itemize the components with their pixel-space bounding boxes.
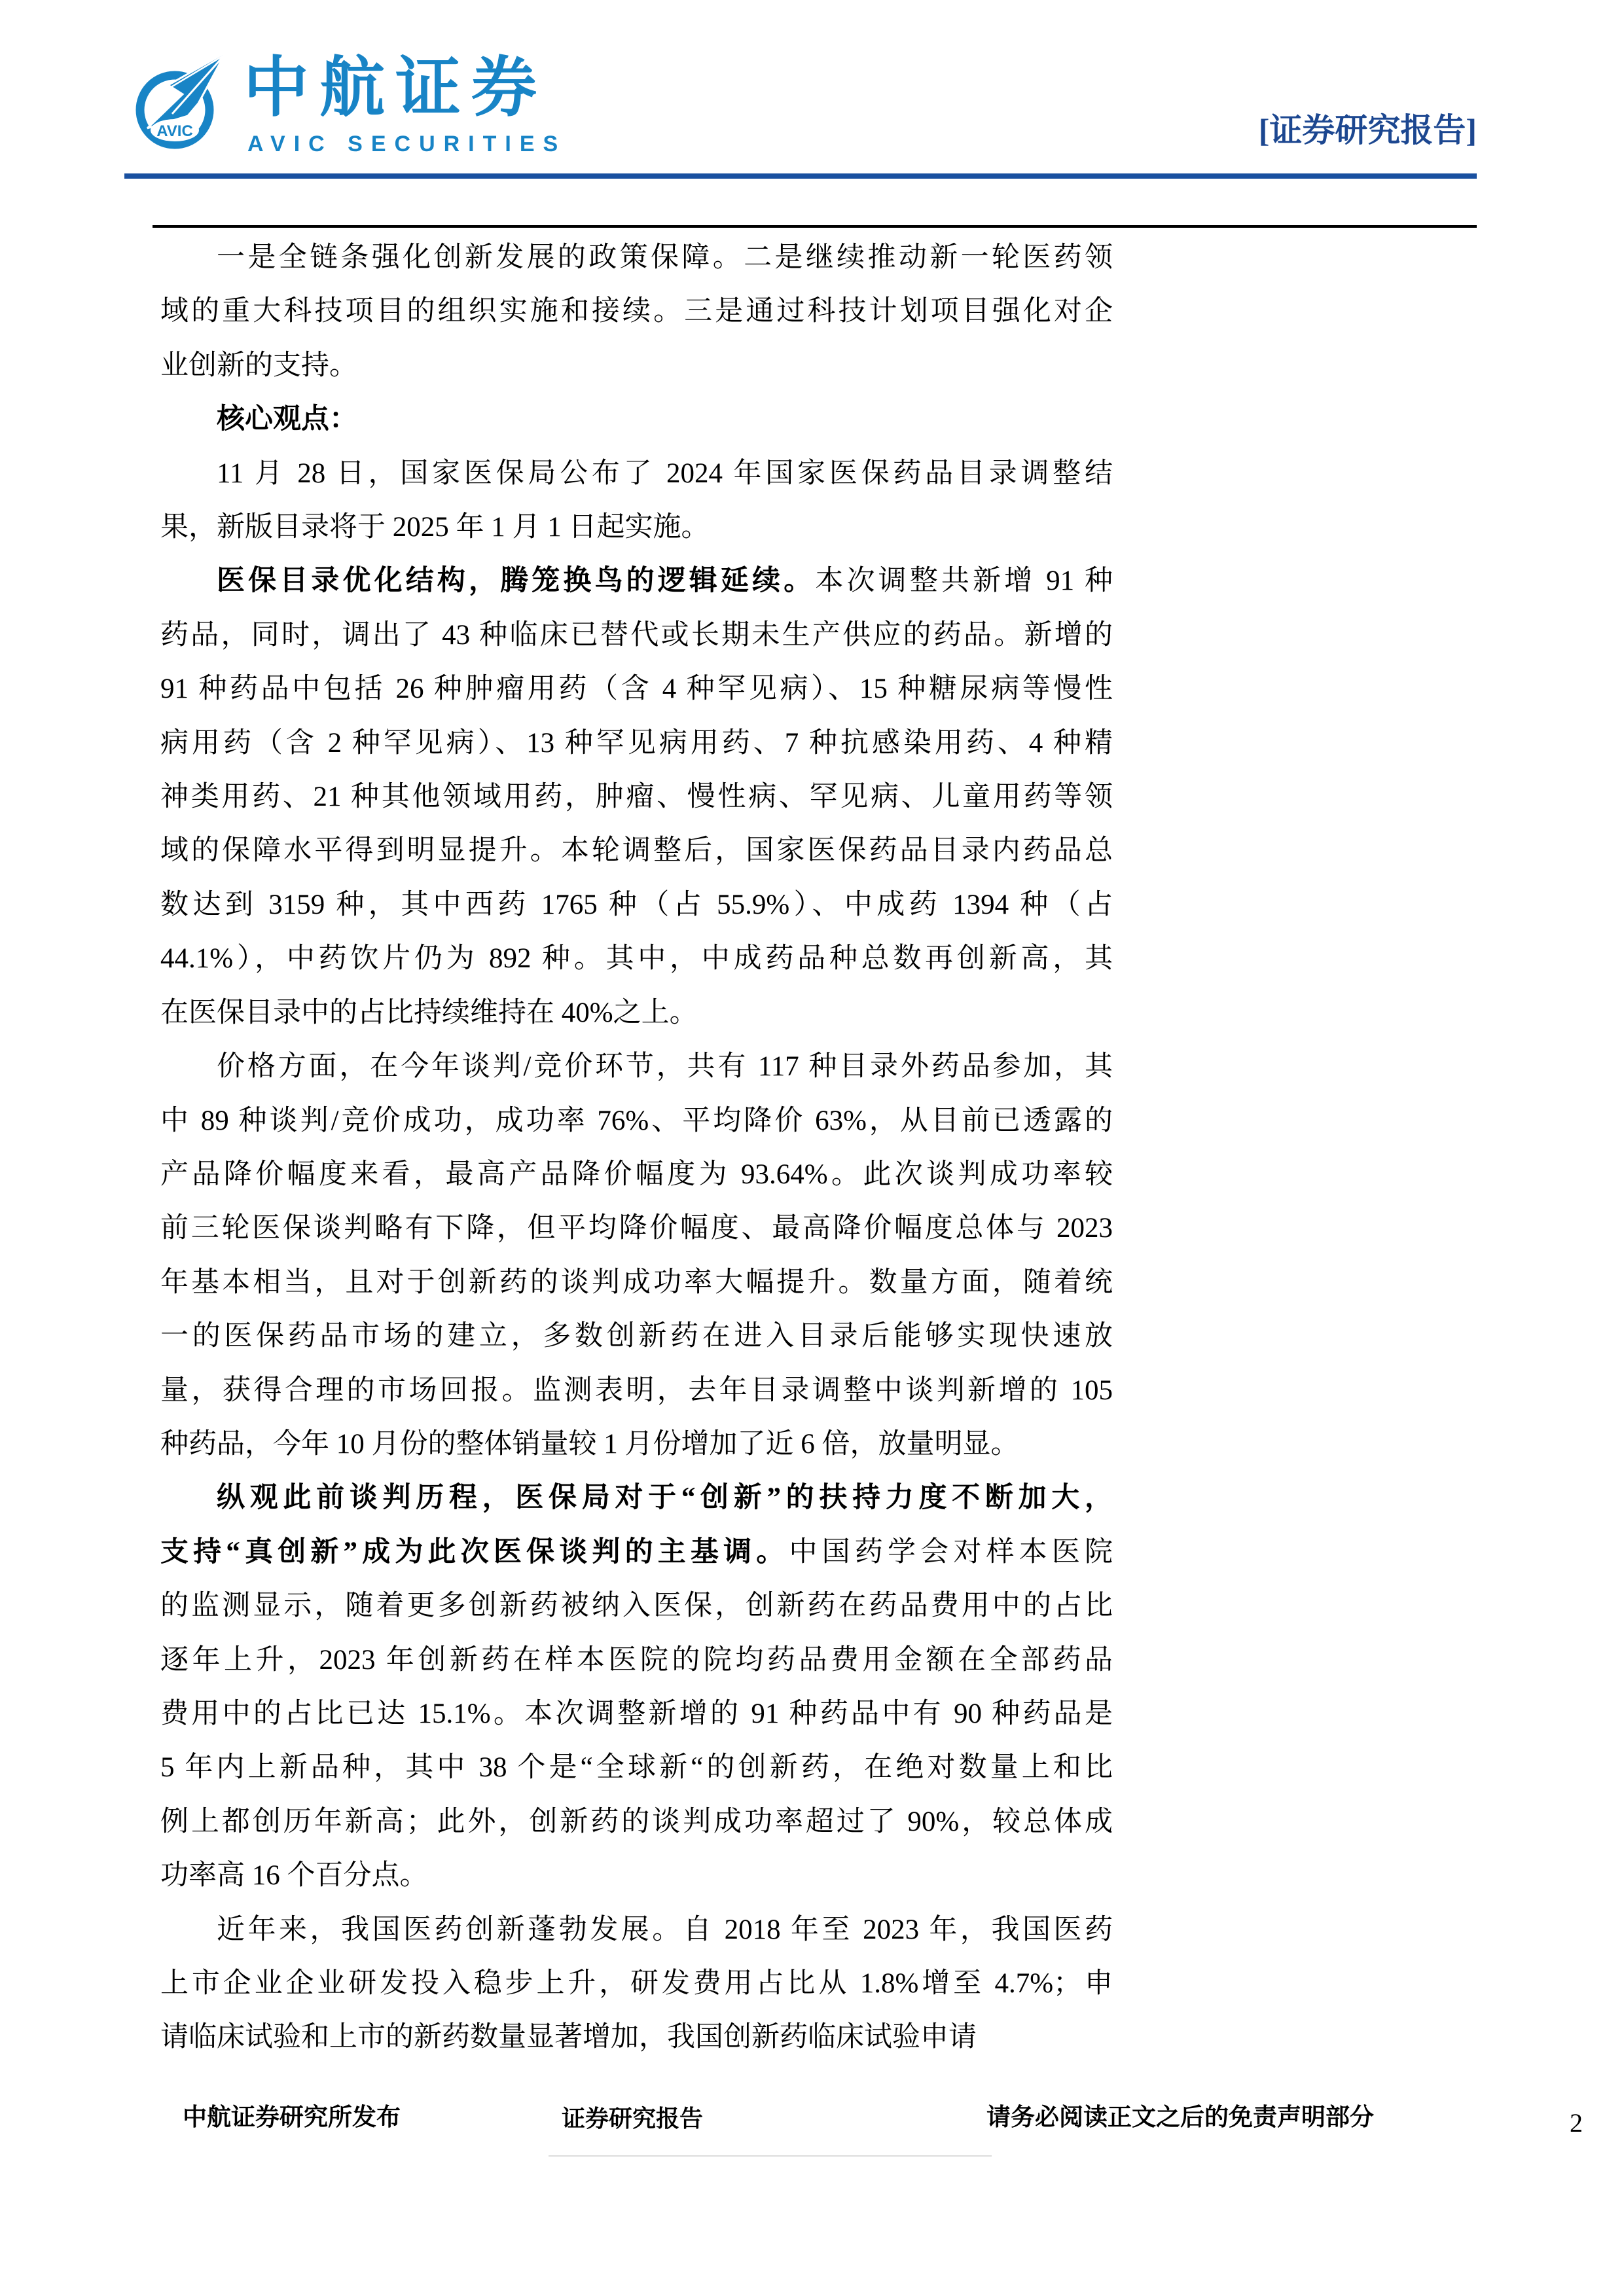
body-line: 医保目录优化结构，腾笼换鸟的逻辑延续。本次调整共新增 91 种 (160, 554, 1113, 608)
body-line: 量，获得合理的市场回报。监测表明，去年目录调整中谈判新增的 105 (160, 1364, 1113, 1418)
body-text-segment: 功率高 16 个百分点。 (160, 1860, 428, 1891)
body-text-segment: 44.1%），中药饮片仍为 892 种。其中，中成药品种总数再创新高，其 (160, 943, 1113, 974)
body-text-segment: 本次调整共新增 91 种 (815, 565, 1113, 596)
body-text-bold-segment: 医保目录优化结构，腾笼换鸟的逻辑延续。 (217, 565, 815, 596)
body-line: 近年来，我国医药创新蓬勃发展。自 2018 年至 2023 年，我国医药 (160, 1903, 1113, 1957)
body-line: 费用中的占比已达 15.1%。本次调整新增的 91 种药品中有 90 种药品是 (160, 1687, 1113, 1741)
body-text-segment: 91 种药品中包括 26 种肿瘤用药（含 4 种罕见病）、15 种糖尿病等慢性 (160, 673, 1113, 704)
body-text-segment: 中国药学会对样本医院 (789, 1537, 1113, 1568)
body-line: 支持“真创新”成为此次医保谈判的主基调。中国药学会对样本医院 (160, 1526, 1113, 1579)
body-text-segment: 例上都创历年新高；此外，创新药的谈判成功率超过了 90%，较总体成 (160, 1806, 1113, 1837)
body-text-bold-segment: 核心观点： (217, 404, 357, 435)
body-line: 产品降价幅度来看，最高产品降价幅度为 93.64%。此次谈判成功率较 (160, 1148, 1113, 1202)
brand-name-cn: 中航证券 (244, 55, 547, 120)
body-text-segment: 神类用药、21 种其他领域用药，肿瘤、慢性病、罕见病、儿童用药等领 (160, 781, 1113, 812)
body-line: 价格方面，在今年谈判/竞价环节，共有 117 种目录外药品参加，其 (160, 1040, 1113, 1094)
body-line: 逐年上升，2023 年创新药在样本医院的院均药品费用金额在全部药品 (160, 1634, 1113, 1687)
header-rule-blue (124, 173, 1477, 179)
body-text-segment: 数达到 3159 种，其中西药 1765 种（占 55.9%）、中成药 1394… (160, 889, 1113, 920)
brand-name-en: AVIC SECURITIES (247, 133, 566, 155)
body-text-segment: 一是全链条强化创新发展的政策保障。二是继续推动新一轮医药领 (217, 242, 1113, 273)
body-text-segment: 中 89 种谈判/竞价成功，成功率 76%、平均降价 63%，从目前已透露的 (160, 1105, 1113, 1136)
body-text-segment: 病用药（含 2 种罕见病）、13 种罕见病用药、7 种抗感染用药、4 种精 (160, 728, 1113, 759)
body-line: 5 年内上新品种，其中 38 个是“全球新“的创新药，在绝对数量上和比 (160, 1741, 1113, 1795)
footer-disclaimer: 请务必阅读正文之后的免责声明部分 (986, 2104, 1374, 2132)
body-line: 一是全链条强化创新发展的政策保障。二是继续推动新一轮医药领 (160, 231, 1113, 285)
body-text-segment: 请临床试验和上市的新药数量显著增加，我国创新药临床试验申请 (160, 2022, 977, 2053)
body-line: 数达到 3159 种，其中西药 1765 种（占 55.9%）、中成药 1394… (160, 878, 1113, 932)
body-text: 一是全链条强化创新发展的政策保障。二是继续推动新一轮医药领域的重大科技项目的组织… (160, 231, 1113, 2065)
body-line: 在医保目录中的占比持续维持在 40%之上。 (160, 986, 1113, 1040)
report-page: { "page": { "number": "2" }, "header": {… (0, 0, 1624, 2296)
body-line: 核心观点： (160, 393, 1113, 446)
body-line: 例上都创历年新高；此外，创新药的谈判成功率超过了 90%，较总体成 (160, 1795, 1113, 1849)
body-text-segment: 一的医保药品市场的建立，多数创新药在进入目录后能够实现快速放 (160, 1321, 1113, 1352)
body-line: 纵观此前谈判历程，医保局对于“创新”的扶持力度不断加大， (160, 1471, 1113, 1525)
body-text-segment: 域的保障水平得到明显提升。本轮调整后，国家医保药品目录内药品总 (160, 835, 1113, 866)
body-line: 前三轮医保谈判略有下降，但平均降价幅度、最高降价幅度总体与 2023 (160, 1202, 1113, 1255)
body-text-segment: 逐年上升，2023 年创新药在样本医院的院均药品费用金额在全部药品 (160, 1645, 1113, 1676)
body-line: 44.1%），中药饮片仍为 892 种。其中，中成药品种总数再创新高，其 (160, 932, 1113, 986)
body-text-segment: 种药品，今年 10 月份的整体销量较 1 月份增加了近 6 倍，放量明显。 (160, 1429, 1019, 1460)
body-line: 域的重大科技项目的组织实施和接续。三是通过科技计划项目强化对企 (160, 285, 1113, 338)
footer-report-type: 证券研究报告 (562, 2105, 703, 2133)
body-text-segment: 年基本相当，且对于创新药的谈判成功率大幅提升。数量方面，随着统 (160, 1267, 1113, 1298)
report-tag: [证券研究报告] (1211, 113, 1477, 149)
body-line: 果，新版目录将于 2025 年 1 月 1 日起实施。 (160, 501, 1113, 554)
body-text-bold-segment: 纵观此前谈判历程，医保局对于“创新”的扶持力度不断加大， (217, 1482, 1113, 1513)
body-text-segment: 产品降价幅度来看，最高产品降价幅度为 93.64%。此次谈判成功率较 (160, 1159, 1113, 1190)
body-line: 91 种药品中包括 26 种肿瘤用药（含 4 种罕见病）、15 种糖尿病等慢性 (160, 662, 1113, 716)
body-text-segment: 价格方面，在今年谈判/竞价环节，共有 117 种目录外药品参加，其 (217, 1051, 1113, 1082)
body-line: 神类用药、21 种其他领域用药，肿瘤、慢性病、罕见病、儿童用药等领 (160, 770, 1113, 824)
body-line: 11 月 28 日，国家医保局公布了 2024 年国家医保药品目录调整结 (160, 447, 1113, 501)
svg-text:AVIC: AVIC (156, 122, 193, 140)
body-line: 一的医保药品市场的建立，多数创新药在进入目录后能够实现快速放 (160, 1310, 1113, 1363)
body-line: 请临床试验和上市的新药数量显著增加，我国创新药临床试验申请 (160, 2011, 1113, 2064)
body-text-segment: 上市企业企业研发投入稳步上升，研发费用占比从 1.8%增至 4.7%；申 (160, 1968, 1113, 1999)
body-line: 年基本相当，且对于创新药的谈判成功率大幅提升。数量方面，随着统 (160, 1256, 1113, 1310)
body-text-segment: 域的重大科技项目的组织实施和接续。三是通过科技计划项目强化对企 (160, 296, 1113, 327)
body-line: 病用药（含 2 种罕见病）、13 种罕见病用药、7 种抗感染用药、4 种精 (160, 717, 1113, 770)
body-text-segment: 药品，同时，调出了 43 种临床已替代或长期未生产供应的药品。新增的 (160, 620, 1113, 651)
body-text-segment: 费用中的占比已达 15.1%。本次调整新增的 91 种药品中有 90 种药品是 (160, 1698, 1113, 1729)
body-text-segment: 前三轮医保谈判略有下降，但平均降价幅度、最高降价幅度总体与 2023 (160, 1213, 1113, 1244)
body-text-bold-segment: 支持“真创新”成为此次医保谈判的主基调。 (160, 1537, 789, 1568)
body-text-segment: 量，获得合理的市场回报。监测表明，去年目录调整中谈判新增的 105 (160, 1375, 1113, 1406)
body-text-segment: 业创新的支持。 (160, 350, 357, 381)
body-line: 上市企业企业研发投入稳步上升，研发费用占比从 1.8%增至 4.7%；申 (160, 1957, 1113, 2011)
body-line: 种药品，今年 10 月份的整体销量较 1 月份增加了近 6 倍，放量明显。 (160, 1418, 1113, 1471)
body-line: 的监测显示，随着更多创新药被纳入医保，创新药在药品费用中的占比 (160, 1579, 1113, 1633)
body-line: 功率高 16 个百分点。 (160, 1849, 1113, 1903)
body-line: 中 89 种谈判/竞价成功，成功率 76%、平均降价 63%，从目前已透露的 (160, 1094, 1113, 1148)
body-line: 业创新的支持。 (160, 339, 1113, 393)
body-text-segment: 近年来，我国医药创新蓬勃发展。自 2018 年至 2023 年，我国医药 (217, 1914, 1113, 1945)
footer-publisher: 中航证券研究所发布 (183, 2104, 401, 2132)
body-line: 域的保障水平得到明显提升。本轮调整后，国家医保药品目录内药品总 (160, 824, 1113, 878)
body-text-segment: 11 月 28 日，国家医保局公布了 2024 年国家医保药品目录调整结 (217, 458, 1113, 489)
body-text-segment: 的监测显示，随着更多创新药被纳入医保，创新药在药品费用中的占比 (160, 1590, 1113, 1621)
body-text-segment: 5 年内上新品种，其中 38 个是“全球新“的创新药，在绝对数量上和比 (160, 1752, 1113, 1783)
body-line: 药品，同时，调出了 43 种临床已替代或长期未生产供应的药品。新增的 (160, 609, 1113, 662)
page-number: 2 (1570, 2108, 1583, 2138)
body-text-segment: 在医保目录中的占比持续维持在 40%之上。 (160, 997, 698, 1028)
avic-emblem-icon: AVIC (134, 51, 232, 159)
header-rule-black (153, 225, 1477, 228)
body-text-segment: 果，新版目录将于 2025 年 1 月 1 日起实施。 (160, 512, 710, 543)
footer-rule (549, 2155, 992, 2157)
avic-logo-emblem: AVIC (134, 51, 232, 159)
